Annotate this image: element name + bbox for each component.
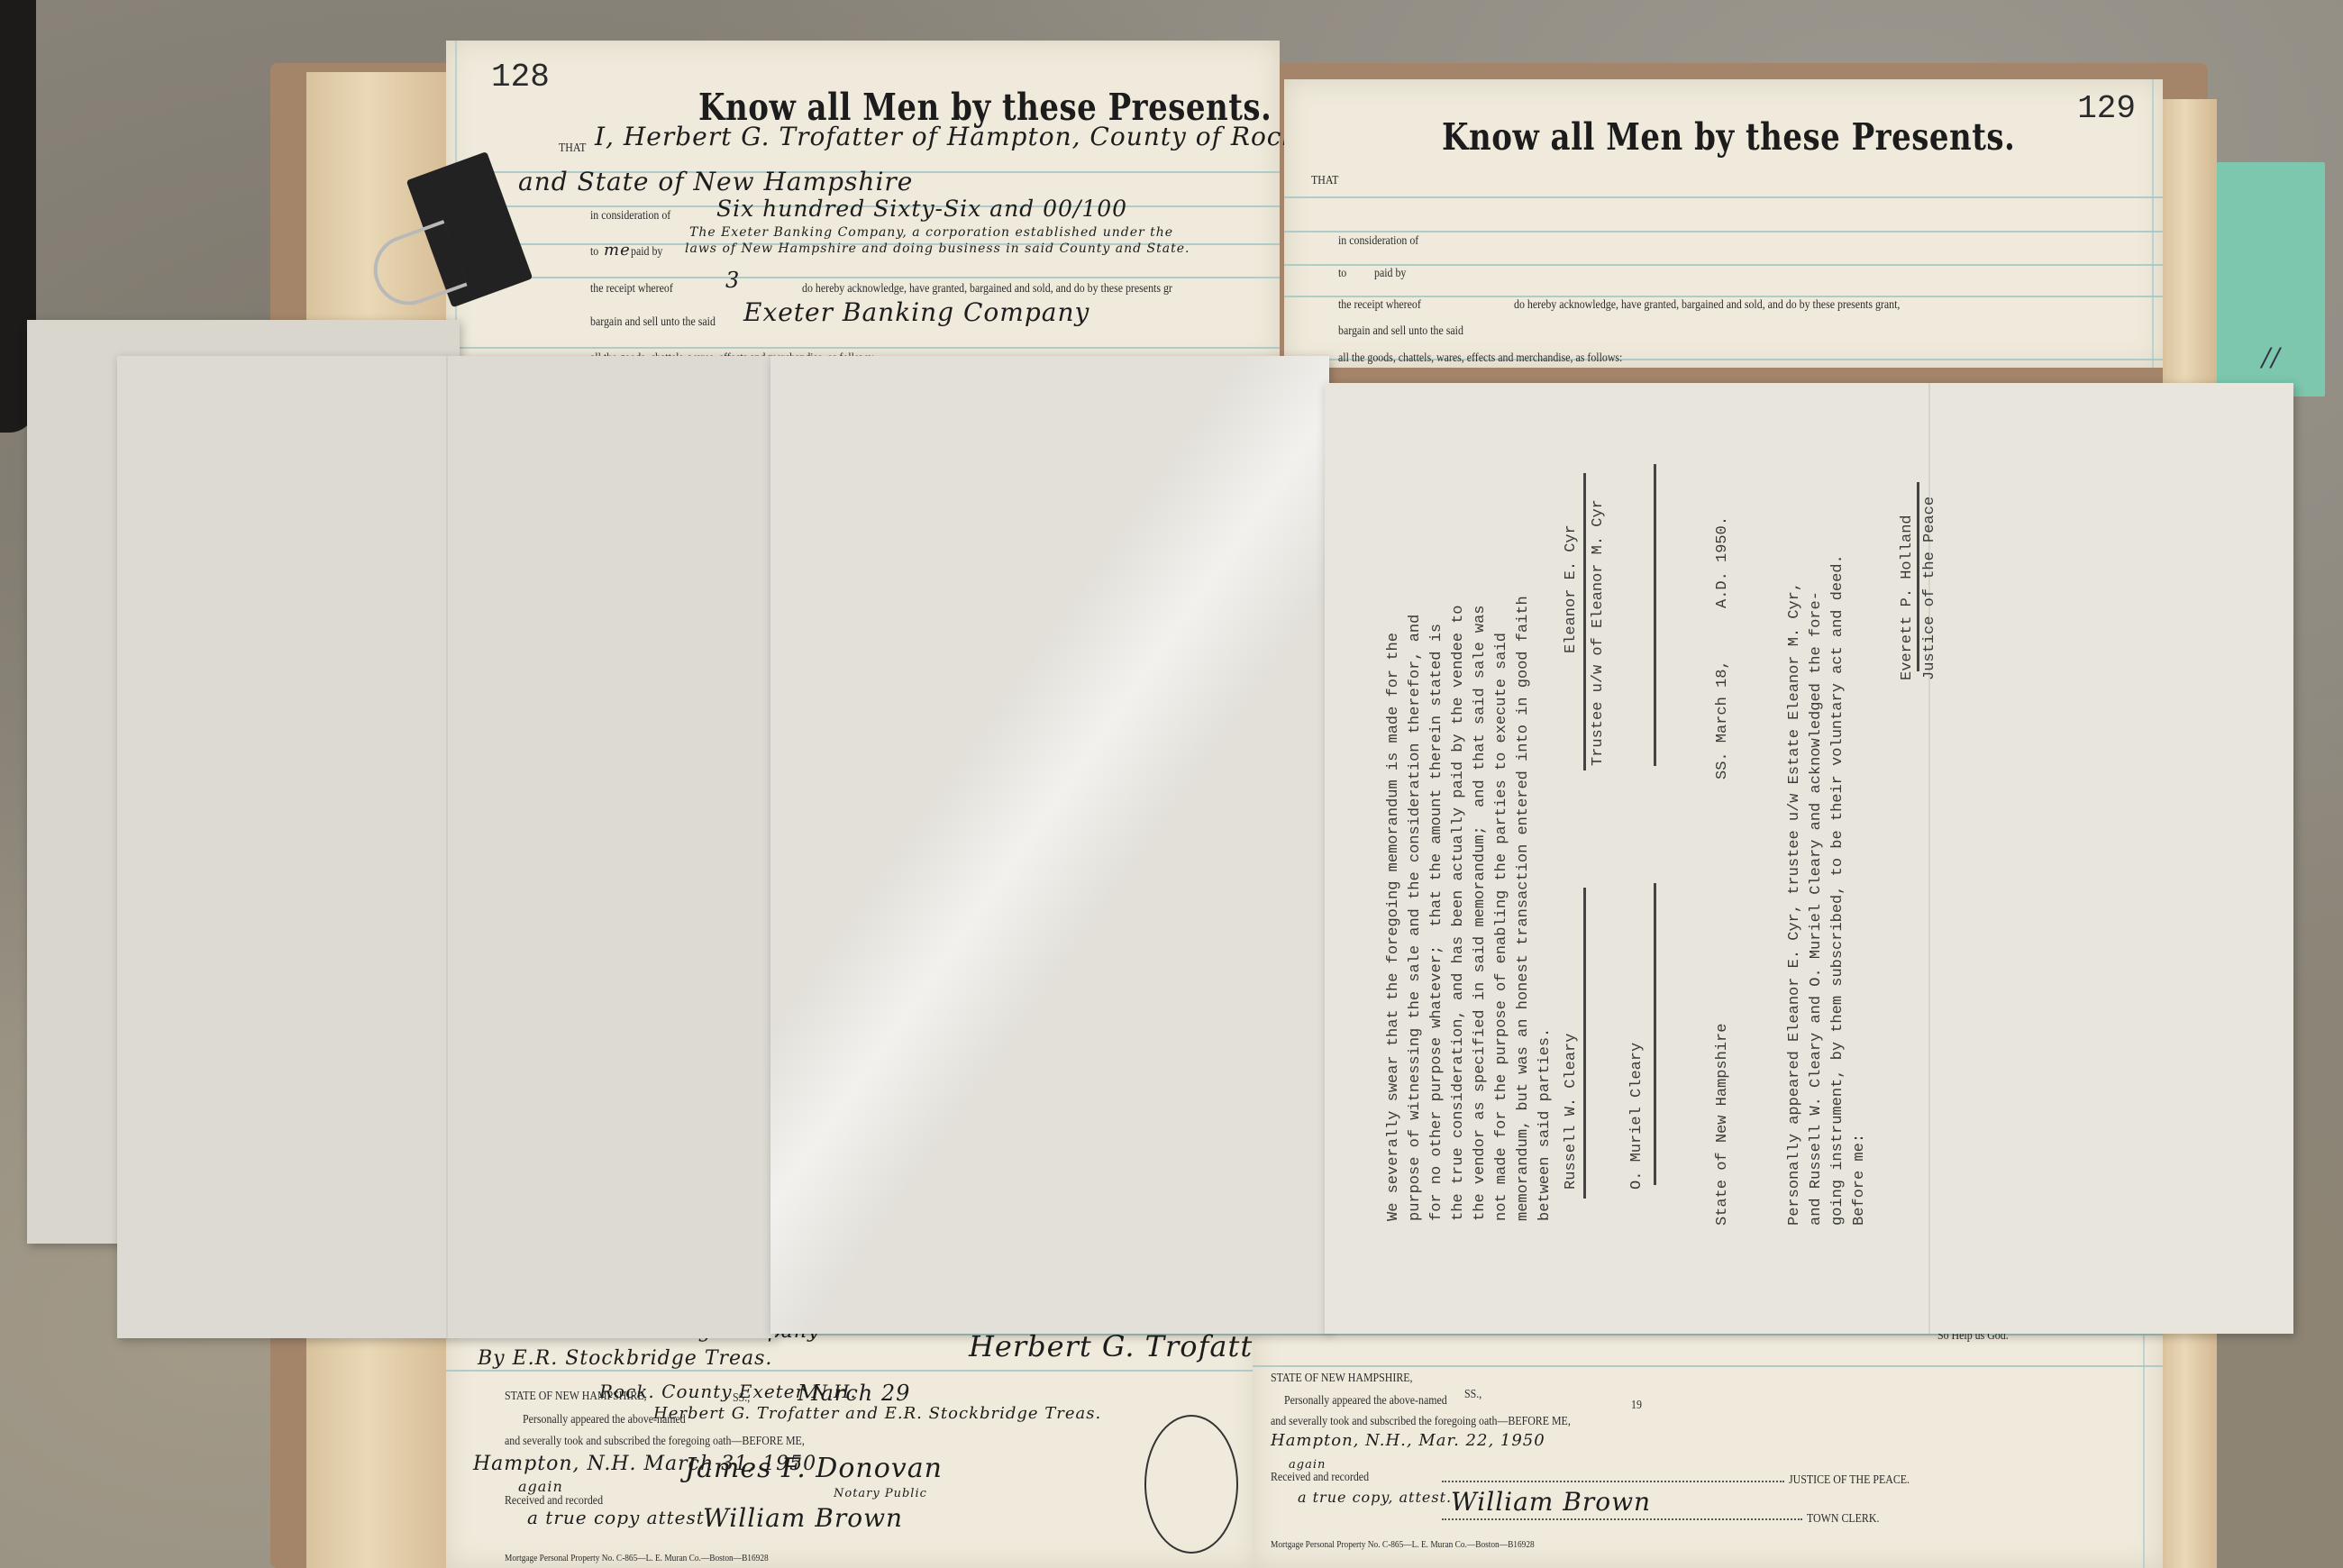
justice-name: Everett P. Holland	[1897, 515, 1919, 680]
justice-title: Justice of the Peace	[1919, 497, 1941, 680]
signer-muriel-cleary: O. Muriel Cleary	[1627, 1043, 1648, 1190]
oath-label: and severally took and subscribed the fo…	[505, 1435, 805, 1449]
bargain-label: bargain and sell unto the said	[590, 315, 716, 330]
page-number-128: 128	[491, 59, 550, 96]
left-page-bottom: The Exeter Banking Company By E.R. Stock…	[446, 1298, 1257, 1568]
paid-by-label: paid by	[1374, 267, 1406, 281]
hand-grantor-signature: Herbert G. Trofatter	[969, 1329, 1285, 1363]
justice-label: JUSTICE OF THE PEACE.	[1789, 1473, 1910, 1488]
hand-bargain-value: Exeter Banking Company	[743, 297, 1089, 327]
form-footer: Mortgage Personal Property No. C-865—L. …	[505, 1553, 769, 1563]
venue-ss-date: SS. March 18,	[1712, 660, 1734, 779]
folded-sheet-middle-panel[interactable]	[770, 356, 1329, 1334]
folded-sheet-left-panel[interactable]	[117, 356, 775, 1338]
signature-line-cleary-russell	[1583, 888, 1586, 1199]
receipt-label: the receipt whereof	[590, 282, 673, 296]
that-label: THAT	[559, 141, 586, 156]
appeared-label: Personally appeared the above-named	[1284, 1394, 1447, 1408]
acknowledge-text: do hereby acknowledge, have granted, bar…	[802, 282, 1172, 296]
light-glare	[770, 356, 1329, 1334]
justice-signature-line	[1442, 1481, 1784, 1482]
paid-by-label: paid by	[631, 245, 662, 260]
hand-grantor-line1: I, Herbert G. Trofatter of Hampton, Coun…	[595, 122, 1399, 151]
tab-mark: //	[2262, 342, 2281, 372]
left-page-top: 128 Know all Men by these Presents. THAT…	[446, 41, 1280, 365]
signature-line-cyr	[1583, 473, 1586, 770]
hand-company-line2: By E.R. Stockbridge Treas.	[478, 1347, 772, 1370]
hand-place-date: Hampton, N.H., Mar. 22, 1950	[1271, 1431, 1545, 1450]
hand-attest: a true copy, attest.	[1298, 1489, 1452, 1506]
clerk-signature-line	[1442, 1518, 1802, 1520]
signature-line-blank	[1654, 464, 1656, 766]
hand-attest: a true copy attest	[527, 1507, 705, 1528]
green-index-tab[interactable]: //	[2217, 162, 2325, 397]
consideration-label: in consideration of	[1338, 234, 1418, 249]
receipt-label: the receipt whereof	[1338, 298, 1421, 313]
page-heading: Know all Men by these Presents.	[1442, 116, 2015, 160]
right-page-top: 129 Know all Men by these Presents. THAT…	[1284, 79, 2163, 368]
hand-consideration-amount: Six hundred Sixty-Six and 00/100	[716, 196, 1127, 222]
to-label: to	[590, 245, 598, 260]
hand-clerk-signature: William Brown	[703, 1503, 903, 1533]
hand-date: March 29	[798, 1381, 910, 1406]
year-prefix: 19	[1631, 1399, 1642, 1413]
received-label: Received and recorded	[1271, 1471, 1369, 1485]
hand-notary-signature: James F. Donovan	[685, 1453, 943, 1484]
hand-clerk-signature: William Brown	[1451, 1487, 1651, 1517]
hand-paid-by-line1: The Exeter Banking Company, a corporatio…	[689, 225, 1173, 240]
venue-state: State of New Hampshire	[1712, 1024, 1734, 1226]
hand-notary-title: Notary Public	[834, 1487, 927, 1500]
notary-seal-circle	[1144, 1415, 1238, 1554]
bargain-label: bargain and sell unto the said	[1338, 324, 1463, 339]
goods-label: all the goods, chattels, wares, effects …	[1338, 351, 1622, 366]
hand-grantor-line2: and State of New Hampshire	[518, 167, 913, 196]
state-label: STATE OF NEW HAMPSHIRE,	[1271, 1372, 1413, 1386]
hand-to-value: me	[604, 241, 631, 260]
fold-crease	[446, 356, 448, 1338]
hand-receipt-value: 3	[725, 268, 740, 293]
hand-appeared-names: Herbert G. Trofatter and E.R. Stockbridg…	[653, 1404, 1101, 1423]
acknowledgment-paragraph: Personally appeared Eleanor E. Cyr, trus…	[1784, 554, 1871, 1226]
to-label: to	[1338, 267, 1346, 281]
oath-paragraph: We severally swear that the foregoing me…	[1383, 596, 1556, 1221]
consideration-label: in consideration of	[590, 209, 670, 223]
acknowledge-text: do hereby acknowledge, have granted, bar…	[1514, 298, 1900, 313]
hand-again: again	[518, 1478, 563, 1495]
signer-russell-cleary: Russell W. Cleary	[1561, 1034, 1582, 1190]
signer-eleanor-cyr: Eleanor E. Cyr	[1561, 524, 1582, 653]
hand-paid-by-line2: laws of New Hampshire and doing business…	[685, 242, 1190, 256]
ss-label: SS.,	[1464, 1388, 1481, 1402]
signature-line-cleary-muriel	[1654, 883, 1656, 1185]
typed-affidavit-sheet[interactable]: We severally swear that the foregoing me…	[1325, 383, 2293, 1334]
hand-again: again	[1289, 1458, 1326, 1472]
signer-cyr-title: Trustee u/w of Eleanor M. Cyr	[1588, 499, 1609, 766]
clerk-label: TOWN CLERK.	[1807, 1512, 1879, 1527]
page-number-129: 129	[2077, 90, 2136, 127]
oath-label: and severally took and subscribed the fo…	[1271, 1415, 1571, 1429]
form-footer: Mortgage Personal Property No. C-865—L. …	[1271, 1539, 1535, 1550]
venue-year: A.D. 1950.	[1712, 516, 1734, 608]
right-page-bottom: honestly due and owing from the mortgago…	[1253, 1298, 2163, 1568]
that-label: THAT	[1311, 174, 1338, 188]
